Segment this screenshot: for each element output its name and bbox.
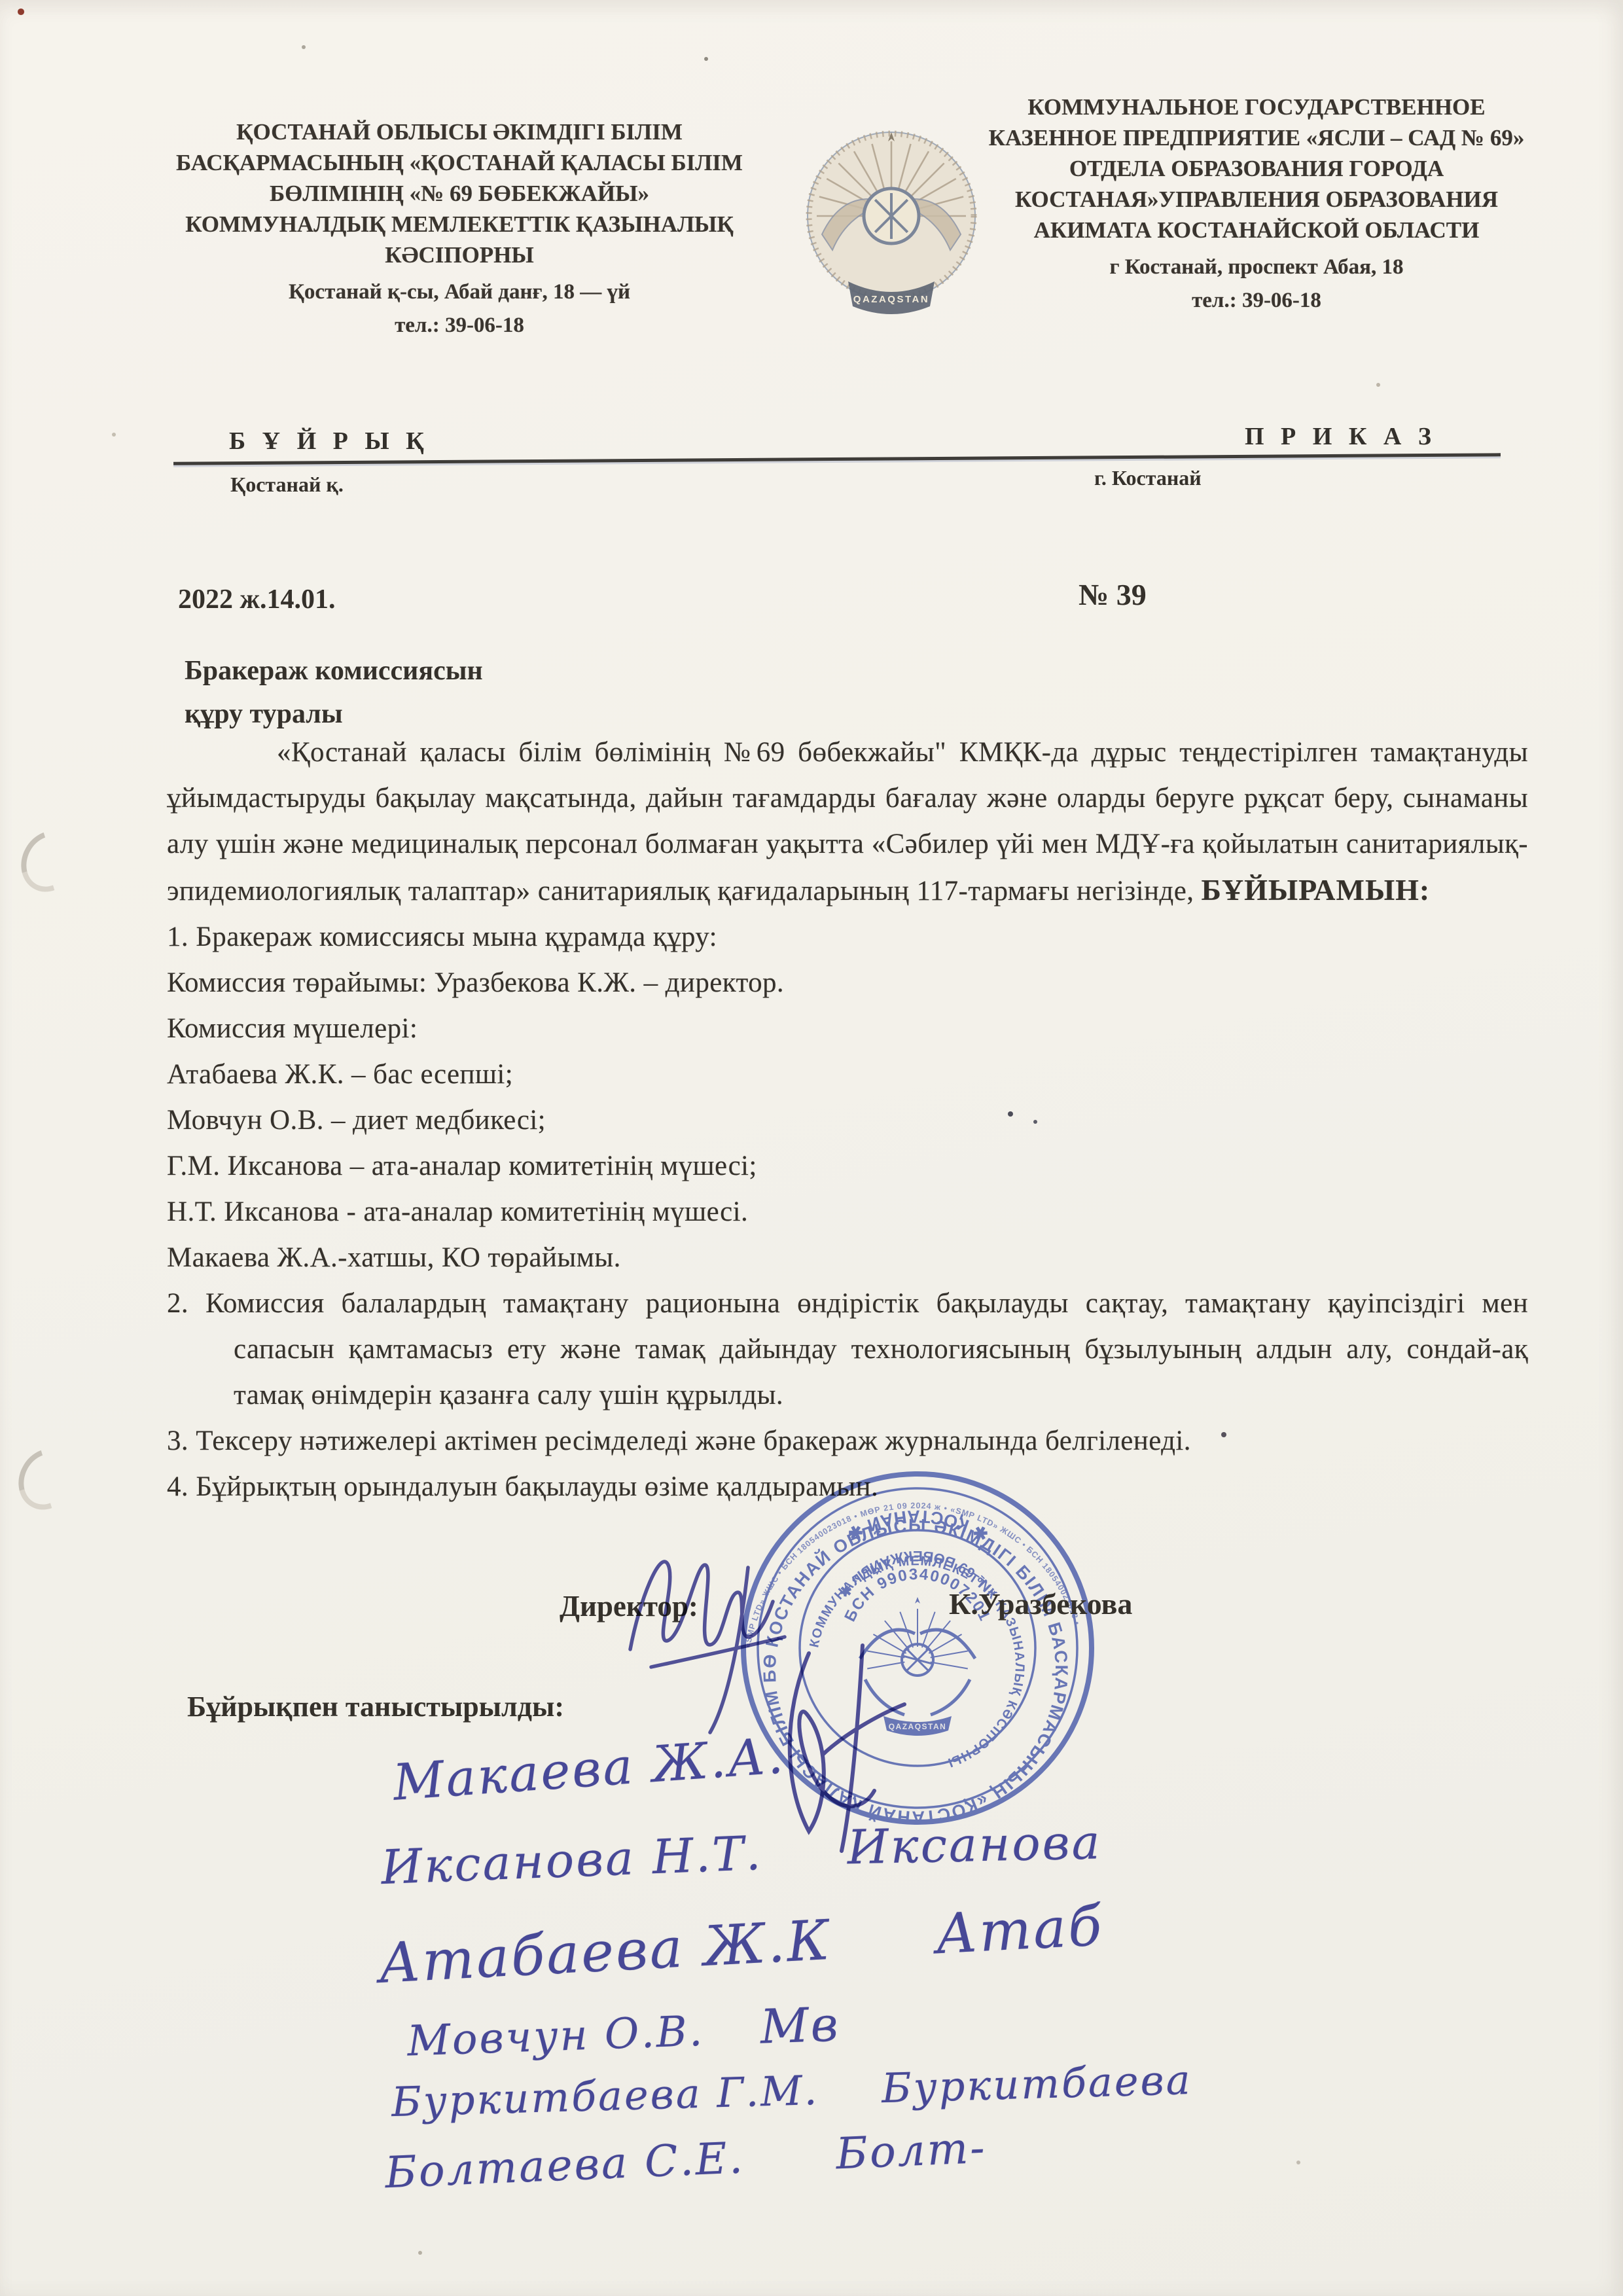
ack-paraph: Иксанова bbox=[847, 1814, 1102, 1874]
org-address-ru: г Костанай, проспект Абая, 18 bbox=[985, 252, 1528, 283]
subject-line-1: Бракераж комиссиясын bbox=[185, 649, 774, 692]
kazakhstan-emblem-icon: QAZAQSTAN bbox=[793, 117, 990, 321]
ack-paraph: Болт- bbox=[835, 2123, 988, 2179]
intro-paragraph: «Қостанай қаласы білім бөлімінің №69 бөб… bbox=[167, 730, 1528, 914]
order-place-kk: Қостанай қ. bbox=[230, 473, 344, 497]
ack-name: Болтаева С.Е. bbox=[384, 2132, 745, 2198]
order-line: Мовчун О.В. – диет медбикесі; bbox=[167, 1098, 1528, 1143]
ack-signature-row: Болтаева С.Е.Болт- bbox=[384, 2123, 988, 2198]
org-name-kk: ҚОСТАНАЙ ОБЛЫСЫ ӘКІМДІГІ БІЛІМ БАСҚАРМАС… bbox=[171, 117, 747, 270]
order-title-ru: П Р И К А З bbox=[1245, 422, 1436, 451]
ack-name: Буркитбаева Г.М. bbox=[391, 2066, 819, 2126]
scan-speck-artifacts bbox=[0, 0, 3, 3]
order-item-2: 2. Комиссия балалардың тамақтану рационы… bbox=[167, 1281, 1528, 1418]
org-block-kazakh: ҚОСТАНАЙ ОБЛЫСЫ ӘКІМДІГІ БІЛІМ БАСҚАРМАС… bbox=[171, 117, 747, 341]
punch-hole-mark bbox=[8, 1439, 84, 1519]
order-date: 2022 ж.14.01. bbox=[178, 584, 335, 615]
order-line: Макаева Ж.А.-хатшы, КО төрайымы. bbox=[167, 1235, 1528, 1281]
director-name: К.Уразбекова bbox=[949, 1587, 1132, 1621]
order-number: № 39 bbox=[1079, 577, 1147, 612]
ack-signature-row: Мовчун О.В.Мв bbox=[406, 1996, 841, 2066]
emblem-banner-caption: QAZAQSTAN bbox=[853, 294, 929, 305]
ack-name: Иксанова Н.Т. bbox=[380, 1825, 764, 1895]
org-address-kk: Қостанай қ-сы, Абай данғ, 18 — үй bbox=[171, 277, 747, 308]
org-phone-ru: тел.: 39-06-18 bbox=[985, 285, 1528, 316]
ack-paraph: Мв bbox=[759, 1996, 840, 2054]
ack-signature-row: Буркитбаева Г.М.Буркитбаева bbox=[391, 2056, 1192, 2126]
org-phone-kk: тел.: 39-06-18 bbox=[171, 310, 747, 341]
order-place-ru: г. Костанай bbox=[1094, 466, 1202, 490]
order-title-kk: Б Ұ Й Р Ы Қ bbox=[229, 427, 429, 456]
ack-paraph: Атаб bbox=[934, 1893, 1105, 1966]
ack-paraph: Буркитбаева bbox=[881, 2056, 1192, 2112]
ack-heading: Бұйрықпен таныстырылды: bbox=[187, 1690, 564, 1723]
order-line: 1. Бракераж комиссиясы мына құрамда құру… bbox=[167, 914, 1528, 960]
ack-name: Мовчун О.В. bbox=[406, 2007, 705, 2066]
order-body: «Қостанай қаласы білім бөлімінің №69 бөб… bbox=[167, 730, 1528, 1510]
order-subject: Бракераж комиссиясын құру туралы bbox=[185, 649, 774, 736]
org-name-ru: КОММУНАЛЬНОЕ ГОСУДАРСТВЕННОЕ КАЗЕННОЕ ПР… bbox=[985, 92, 1528, 245]
decree-word: БҰЙЫРАМЫН: bbox=[1202, 873, 1431, 906]
org-block-russian: КОММУНАЛЬНОЕ ГОСУДАРСТВЕННОЕ КАЗЕННОЕ ПР… bbox=[985, 92, 1528, 316]
order-line: Н.Т. Иксанова - ата-аналар комитетінің м… bbox=[167, 1189, 1528, 1235]
order-line: Комиссия мүшелері: bbox=[167, 1006, 1528, 1052]
ack-name: Атабаева Ж.К bbox=[377, 1908, 832, 1996]
order-line: Атабаева Ж.К. – бас есепші; bbox=[167, 1052, 1528, 1098]
order-line: Г.М. Иксанова – ата-аналар комитетінің м… bbox=[167, 1143, 1528, 1189]
order-line: Комиссия төрайымы: Уразбекова К.Ж. – дир… bbox=[167, 960, 1528, 1006]
ack-signature-row: Атабаева Ж.КАтаб bbox=[377, 1893, 1105, 1996]
scanned-order-page: ҚОСТАНАЙ ОБЛЫСЫ ӘКІМДІГІ БІЛІМ БАСҚАРМАС… bbox=[0, 0, 1623, 2296]
punch-hole-mark bbox=[10, 821, 87, 901]
